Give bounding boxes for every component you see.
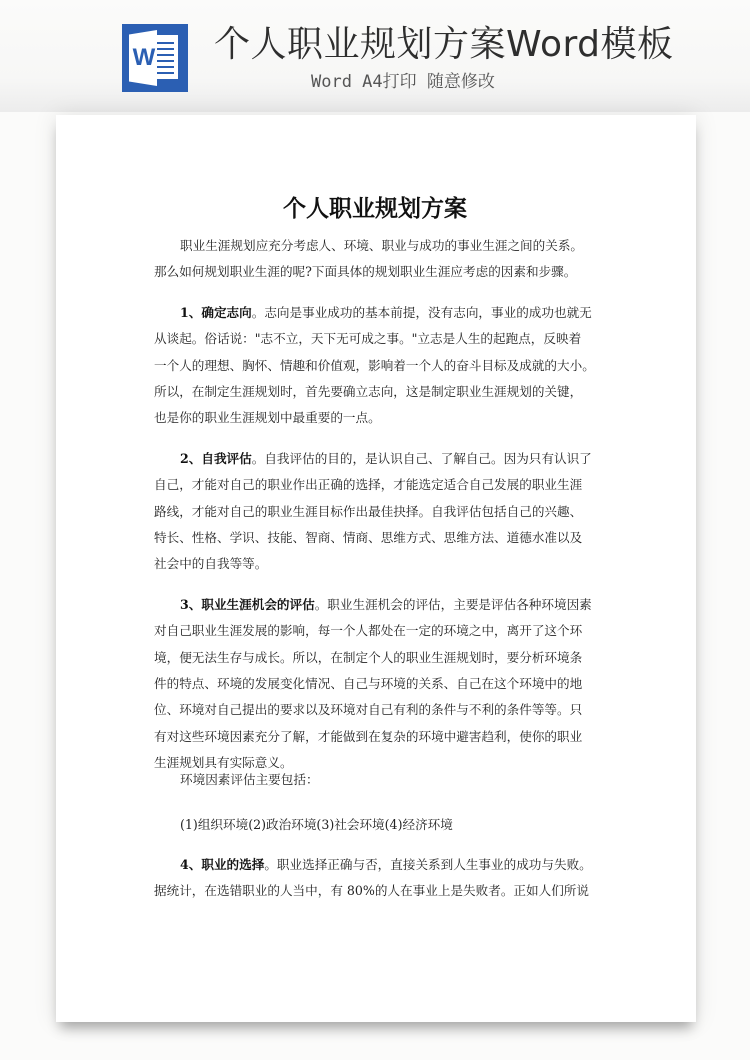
section2-text: 。自我评估的目的，是认识自己、了解自己。因为只有认识了: [252, 451, 592, 466]
section3-line: 对自己职业生涯发展的影响，每一个人都处在一定的环境之中，离开了这个环: [154, 621, 600, 641]
section3-heading: 3、职业生涯机会的评估: [180, 597, 315, 612]
intro-line: 职业生涯规划应充分考虑人、环境、职业与成功的事业生涯之间的关系。: [180, 236, 600, 256]
section1-text: 。志向是事业成功的基本前提，没有志向，事业的成功也就无: [252, 305, 592, 320]
env-list: (1)组织环境(2)政治环境(3)社会环境(4)经济环境: [180, 815, 600, 835]
intro-line: 那么如何规划职业生涯的呢?下面具体的规划职业生涯应考虑的因素和步骤。: [154, 262, 600, 282]
section2-line: 自己，才能对自己的职业作出正确的选择，才能选定适合自己发展的职业生涯: [154, 475, 600, 495]
section2-heading: 2、自我评估: [180, 451, 252, 466]
section1-heading: 1、确定志向: [180, 305, 252, 320]
banner-title: 个人职业规划方案Word模板: [214, 22, 674, 68]
section2-line: 路线，才能对自己的职业生涯目标作出最佳抉择。自我评估包括自己的兴趣、: [154, 502, 600, 522]
section3-line: 有对这些环境因素充分了解，才能做到在复杂的环境中避害趋利，使你的职业: [154, 727, 600, 747]
section1-line: 所以，在制定生涯规划时，首先要确立志向，这是制定职业生涯规划的关键，: [154, 382, 600, 402]
section3-line: 3、职业生涯机会的评估。职业生涯机会的评估，主要是评估各种环境因素: [180, 595, 600, 615]
section1-line: 一个人的理想、胸怀、情趣和价值观，影响着一个人的奋斗目标及成就的大小。: [154, 356, 600, 376]
banner-subtitle: Word A4打印 随意修改: [311, 71, 495, 93]
word-icon-letter: W: [131, 44, 157, 72]
section2-line: 特长、性格、学识、技能、智商、情商、思维方式、思维方法、道德水准以及: [154, 528, 600, 548]
section1-line: 也是你的职业生涯规划中最重要的一点。: [154, 408, 600, 428]
section4-heading: 4、职业的选择: [180, 857, 264, 872]
microsoft-word-icon: W: [122, 24, 188, 92]
section3-line: 境，便无法生存与成长。所以，在制定个人的职业生涯规划时，要分析环境条: [154, 648, 600, 668]
section4-text: 。职业选择正确与否，直接关系到人生事业的成功与失败。: [264, 857, 591, 872]
section2-line: 2、自我评估。自我评估的目的，是认识自己、了解自己。因为只有认识了: [180, 449, 600, 469]
section2-line: 社会中的自我等等。: [154, 554, 600, 574]
env-intro: 环境因素评估主要包括：: [180, 770, 600, 790]
section3-text: 。职业生涯机会的评估，主要是评估各种环境因素: [315, 597, 592, 612]
word-icon-cover: W: [129, 30, 157, 86]
section4-line: 据统计，在选错职业的人当中，有 80%的人在事业上是失败者。正如人们所说: [154, 881, 600, 901]
template-banner: W 个人职业规划方案Word模板 Word A4打印 随意修改: [0, 0, 750, 112]
document-title: 个人职业规划方案: [0, 193, 750, 225]
section3-line: 件的特点、环境的发展变化情况、自己与环境的关系、自己在这个环境中的地: [154, 674, 600, 694]
section1-line: 从谈起。俗话说："志不立，天下无可成之事。"立志是人生的起跑点，反映着: [154, 329, 600, 349]
section4-line: 4、职业的选择。职业选择正确与否，直接关系到人生事业的成功与失败。: [180, 855, 600, 875]
section3-line: 位、环境对自己提出的要求以及环境对自己有利的条件与不利的条件等等。只: [154, 700, 600, 720]
section1-line: 1、确定志向。志向是事业成功的基本前提，没有志向，事业的成功也就无: [180, 303, 600, 323]
